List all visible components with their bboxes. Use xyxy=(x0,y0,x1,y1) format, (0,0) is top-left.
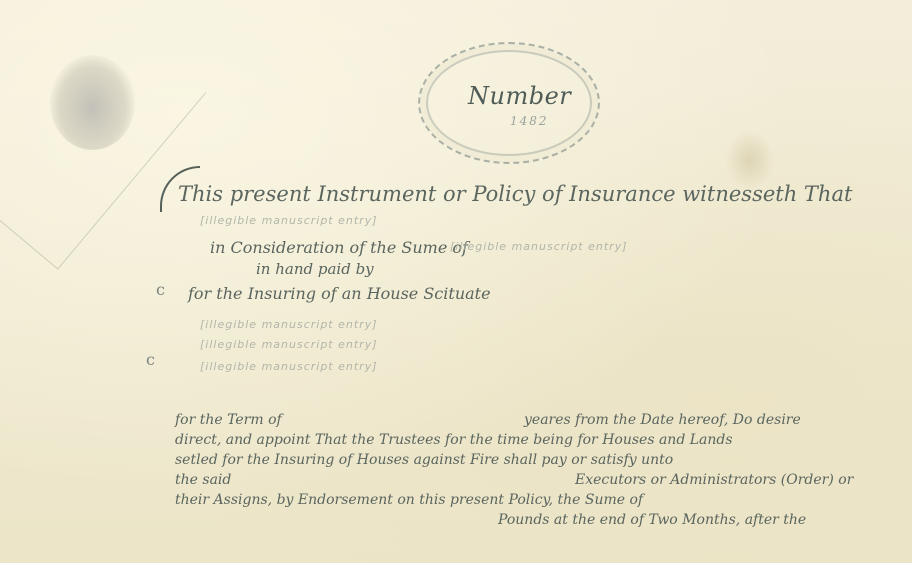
handwritten-sum: [illegible manuscript entry] xyxy=(450,240,628,253)
assigns-line: their Assigns, by Endorsement on this pr… xyxy=(175,492,643,508)
wax-seal-impression xyxy=(50,55,135,150)
pounds-line: Pounds at the end of Two Months, after t… xyxy=(498,512,806,528)
direct-line: direct, and appoint That the Trustees fo… xyxy=(175,432,733,448)
executors-line: Executors or Administrators (Order) or xyxy=(575,472,853,488)
term-line: for the Term of xyxy=(175,412,282,428)
handwritten-entry: [illegible manuscript entry] xyxy=(200,214,378,227)
handwritten-address: [illegible manuscript entry] xyxy=(200,318,378,331)
term-line-continued: yeares from the Date hereof, Do desire xyxy=(524,412,801,428)
consideration-line: in Consideration of the Sume of xyxy=(210,238,468,257)
handwritten-address: [illegible manuscript entry] xyxy=(200,338,378,351)
handwritten-address: [illegible manuscript entry] xyxy=(200,360,378,373)
margin-mark: c xyxy=(146,350,155,369)
paper-stain xyxy=(725,130,775,190)
insuring-line: for the Insuring of an House Scituate xyxy=(188,284,491,303)
margin-mark: c xyxy=(156,280,165,299)
said-line: the said xyxy=(175,472,231,488)
policy-number: 1482 xyxy=(510,114,549,128)
setled-line: setled for the Insuring of Houses agains… xyxy=(175,452,673,468)
paid-by-line: in hand paid by xyxy=(256,260,374,278)
number-label: Number xyxy=(468,82,571,110)
policy-opening-line: This present Instrument or Policy of Ins… xyxy=(178,182,852,206)
